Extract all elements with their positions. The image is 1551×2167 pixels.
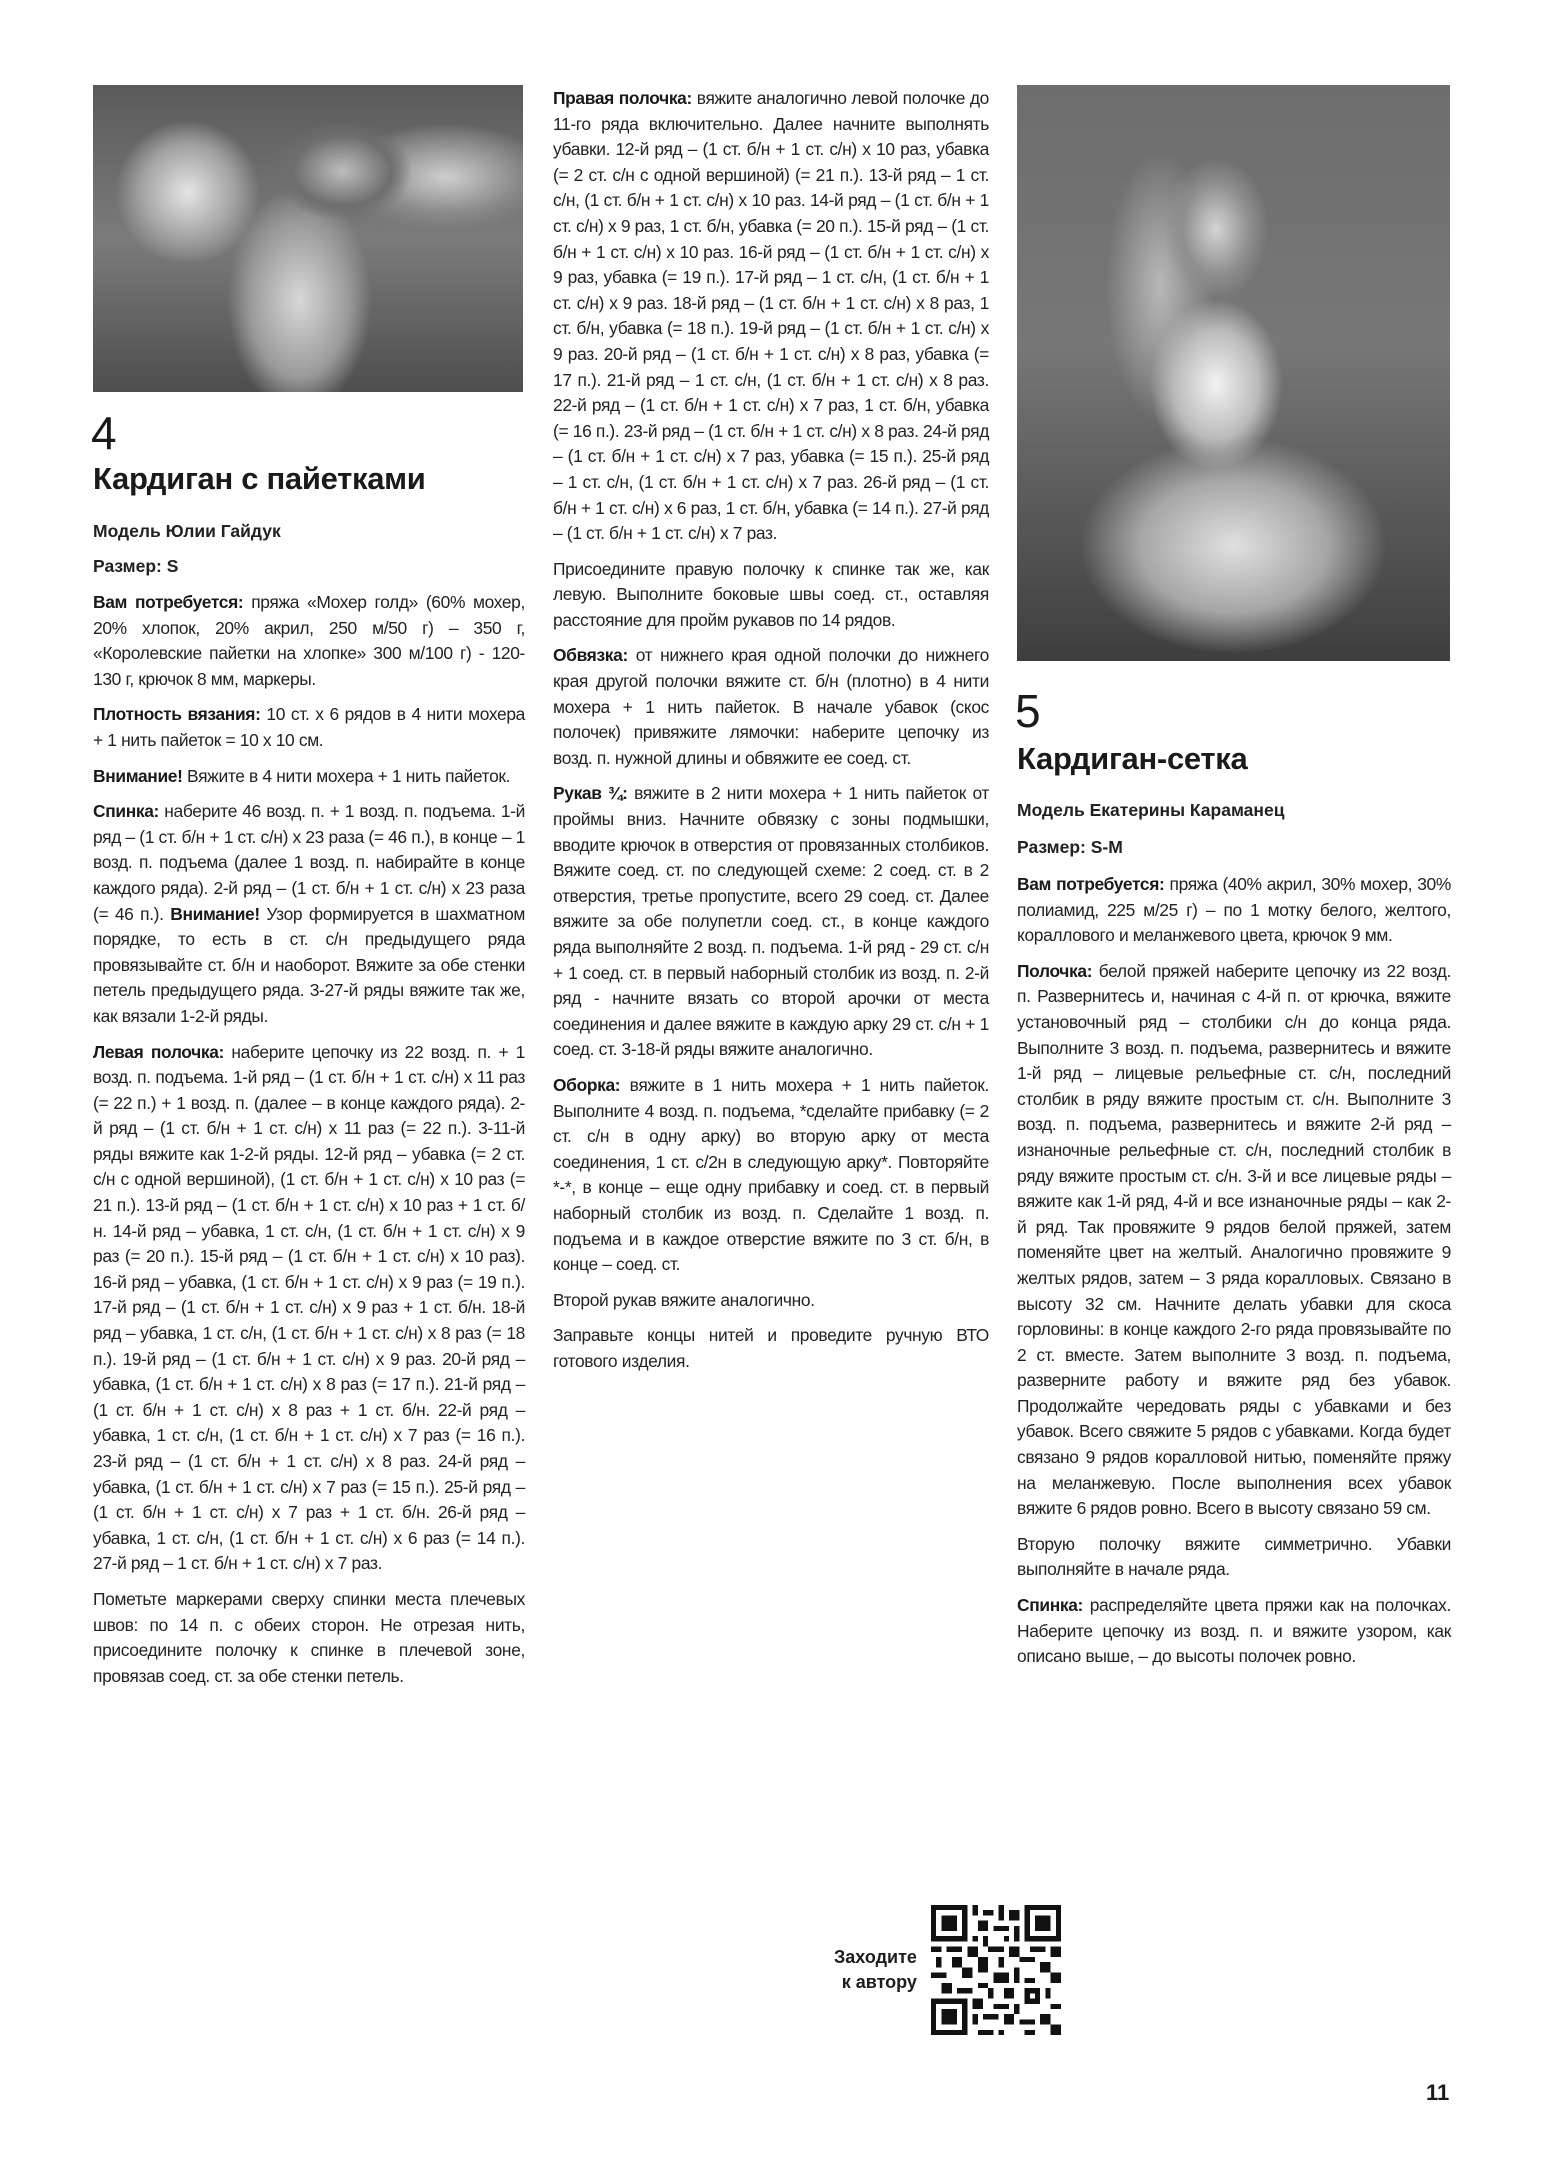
right-front-paragraph: Правая полочка: вяжите аналогично левой …: [553, 86, 989, 547]
cardigan-mesh-photo: [1017, 85, 1450, 661]
assembly-paragraph: Присоедините правую полочку к спинке так…: [553, 557, 989, 634]
back-paragraph: Спинка: распределяйте цвета пряжи как на…: [1017, 1593, 1451, 1670]
author-qr-block: Заходите к автору: [834, 1905, 1061, 2035]
size-label: Размер:: [1017, 837, 1086, 857]
materials-paragraph: Вам потребуется: пряжа «Мохер голд» (60%…: [93, 590, 525, 692]
materials-paragraph: Вам потребуется: пряжа (40% акрил, 30% м…: [1017, 872, 1451, 949]
finishing-paragraph: Заправьте концы нитей и проведите ручную…: [553, 1323, 989, 1374]
item-number: 4: [91, 410, 117, 456]
item-number: 5: [1015, 688, 1041, 734]
back-paragraph: Спинка: наберите 46 возд. п. + 1 возд. п…: [93, 799, 525, 1029]
attention-paragraph: Внимание! Вяжите в 4 нити мохера + 1 нит…: [93, 764, 525, 790]
size-label: Размер:: [93, 556, 162, 576]
size-line: Размер: S: [93, 556, 178, 577]
size-line: Размер: S-M: [1017, 837, 1123, 858]
cardigan-sequins-photo: [93, 85, 523, 392]
edging-paragraph: Обвязка: от нижнего края одной полочки д…: [553, 643, 989, 771]
sleeve-paragraph: Рукав ¾: вяжите в 2 нити мохера + 1 нить…: [553, 781, 989, 1063]
second-front-paragraph: Вторую полочку вяжите симметрично. Убавк…: [1017, 1532, 1451, 1583]
ruffle-paragraph: Оборка: вяжите в 1 нить мохера + 1 нить …: [553, 1073, 989, 1278]
left-front-paragraph: Левая полочка: наберите цепочку из 22 во…: [93, 1040, 525, 1577]
item-title: Кардиган с пайетками: [93, 462, 426, 496]
front-paragraph: Полочка: белой пряжей наберите цепочку и…: [1017, 959, 1451, 1522]
size-value: S: [167, 556, 179, 576]
item4-body-middle: Правая полочка: вяжите аналогично левой …: [553, 86, 989, 1385]
qr-code-icon[interactable]: [931, 1905, 1061, 2035]
size-value: S-M: [1091, 837, 1123, 857]
item4-body-left: Вам потребуется: пряжа «Мохер голд» (60%…: [93, 590, 525, 1699]
designer-credit: Модель Юлии Гайдук: [93, 521, 281, 542]
item5-body: Вам потребуется: пряжа (40% акрил, 30% м…: [1017, 872, 1451, 1680]
item-title: Кардиган-сетка: [1017, 742, 1247, 776]
second-sleeve-paragraph: Второй рукав вяжите аналогично.: [553, 1288, 989, 1314]
page-number: 11: [1426, 2080, 1449, 2106]
designer-credit: Модель Екатерины Караманец: [1017, 800, 1284, 821]
shoulder-seams-paragraph: Пометьте маркерами сверху спинки места п…: [93, 1587, 525, 1689]
qr-label: Заходите к автору: [834, 1945, 917, 1995]
gauge-paragraph: Плотность вязания: 10 ст. х 6 рядов в 4 …: [93, 702, 525, 753]
